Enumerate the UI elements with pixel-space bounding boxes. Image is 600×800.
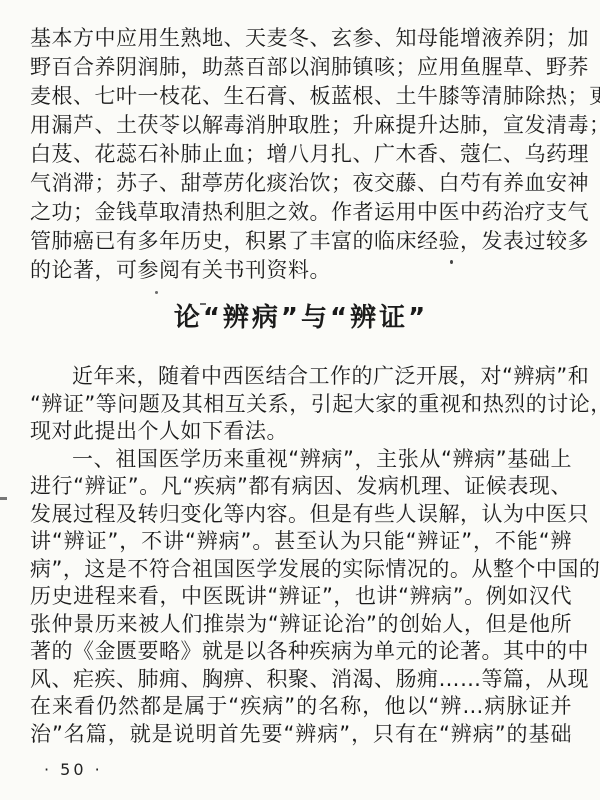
text-line: 历史进程来看，中医既讲“辨证”，也讲“辨病”。例如汉代 <box>30 583 572 611</box>
text-line: 基本方中应用生熟地、天麦冬、玄参、知母能增液养阴；加 <box>30 24 572 53</box>
text-line: 之功；金钱草取清热利胆之效。作者运用中医中药治疗支气 <box>30 198 572 227</box>
essay-paragraph-1: 近年来，随着中西医结合工作的广泛开展，对“辨病”和 “辨证”等问题及其相互关系，… <box>30 363 572 446</box>
scan-speck <box>200 303 206 305</box>
section-title: 论“辨病”与“辨证” <box>30 299 572 337</box>
text-line: 气消滞；苏子、甜葶苈化痰治饮；夜交藤、白芍有养血安神 <box>30 169 572 198</box>
text-line: 管肺癌已有多年历史，积累了丰富的临床经验，发表过较多 <box>30 227 572 256</box>
previous-section-ending: 基本方中应用生熟地、天麦冬、玄参、知母能增液养阴；加 野百合养阴润肺，助蒸百部以… <box>30 24 572 285</box>
text-line: 的论著，可参阅有关书刊资料。 <box>30 256 572 285</box>
scan-speck <box>450 260 453 264</box>
text-line: 发展过程及转归变化等内容。但是有些人误解，认为中医只 <box>30 501 572 529</box>
text-line: 风、疟疾、肺痈、胸痹、积聚、消渴、肠痈……等篇，从现 <box>30 666 572 694</box>
text-line: 著的《金匮要略》就是以各种疾病为单元的论著。其中的中 <box>30 638 572 666</box>
text-line: 近年来，随着中西医结合工作的广泛开展，对“辨病”和 <box>30 363 572 391</box>
essay-paragraph-2: 一、祖国医学历来重视“辨病”，主张从“辨病”基础上 进行“辨证”。凡“疾病”都有… <box>30 446 572 749</box>
text-line: 病”，这是不符合祖国医学发展的实际情况的。从整个中国的 <box>30 556 572 584</box>
scan-speck <box>155 291 158 294</box>
text-line: 张仲景历来被人们推崇为“辨证论治”的创始人，但是他所 <box>30 611 572 639</box>
essay-body: 近年来，随着中西医结合工作的广泛开展，对“辨病”和 “辨证”等问题及其相互关系，… <box>30 363 572 748</box>
text-line: 在来看仍然都是属于“疾病”的名称，他以“辨…病脉证并 <box>30 693 572 721</box>
scan-edge-mark <box>0 497 7 500</box>
text-line: 现对此提出个人如下看法。 <box>30 418 572 446</box>
text-line: 用漏芦、土茯苓以解毒消肿取胜；升麻提升达肺，宣发清毒； <box>30 111 572 140</box>
text-line: 进行“辨证”。凡“疾病”都有病因、发病机理、证候表现、 <box>30 473 572 501</box>
text-line: “辨证”等问题及其相互关系，引起大家的重视和热烈的讨论， <box>30 391 572 419</box>
text-line: 麦根、七叶一枝花、生石膏、板蓝根、土牛膝等清肺除热；更 <box>30 82 572 111</box>
page-content: 基本方中应用生熟地、天麦冬、玄参、知母能增液养阴；加 野百合养阴润肺，助蒸百部以… <box>30 24 572 748</box>
text-line: 讲“辨证”，不讲“辨病”。甚至认为只能“辨证”，不能“辨 <box>30 528 572 556</box>
text-line: 野百合养阴润肺，助蒸百部以润肺镇咳；应用鱼腥草、野荞 <box>30 53 572 82</box>
text-line: 白芨、花蕊石补肺止血；增八月扎、广木香、蔻仁、乌药理 <box>30 140 572 169</box>
scanned-book-page: 基本方中应用生熟地、天麦冬、玄参、知母能增液养阴；加 野百合养阴润肺，助蒸百部以… <box>0 0 600 800</box>
text-line: 治”名篇，就是说明首先要“辨病”，只有在“辨病”的基础 <box>30 721 572 749</box>
text-line: 一、祖国医学历来重视“辨病”，主张从“辨病”基础上 <box>30 446 572 474</box>
page-number: · 50 · <box>44 760 103 779</box>
